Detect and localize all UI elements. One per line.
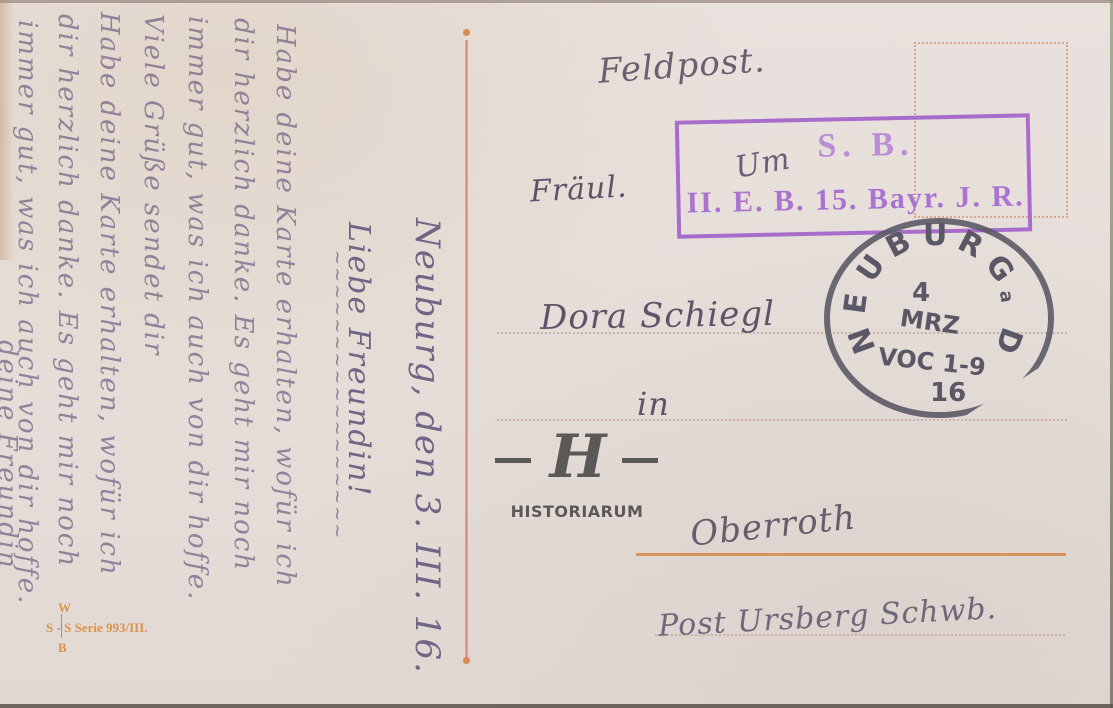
cachet-line-1: S. B.	[817, 126, 915, 166]
message-place-date: Neuburg, den 3. III. 16.	[407, 218, 447, 675]
imprint-bottom-letter: B	[58, 640, 67, 656]
postmark-town-letter: a	[995, 289, 1017, 304]
watermark-dash	[495, 458, 531, 463]
historiarum-watermark: H HISTORIARUM	[492, 428, 662, 524]
historiarum-logo-icon: H	[538, 422, 618, 492]
feldpost-header: Feldpost.	[597, 40, 767, 92]
center-divider	[465, 40, 468, 660]
address-city: Oberroth	[688, 497, 858, 554]
divider-dot	[463, 657, 470, 664]
message-line: dir herzlich danke. Es geht mir noch	[52, 14, 82, 568]
postcard: Neuburg, den 3. III. 16. Liebe Freundin!…	[0, 0, 1113, 708]
message-underline: ~~~~~~~~~~~~~~~~~	[327, 250, 348, 540]
imprint-series-line: S - S Serie 993/III.	[46, 620, 148, 636]
watermark-dash	[622, 458, 658, 463]
card-edge-top	[0, 0, 1113, 3]
message-line: deine Freundin	[0, 340, 22, 570]
message-line: Habe deine Karte erhalten, wofür ich	[94, 12, 124, 577]
postmark-town-letter: E	[837, 291, 874, 316]
postmark-year: 16	[930, 378, 966, 408]
address-salutation: Fräul.	[529, 169, 628, 209]
address-name: Dora Schiegl	[540, 294, 776, 338]
message-line: dir herzlich danke. Es geht mir noch	[228, 18, 258, 572]
message-line: Habe deine Karte erhalten, wofür ich	[270, 24, 300, 589]
watermark-text: HISTORIARUM	[492, 502, 662, 521]
imprint-top-letter: W	[58, 600, 71, 616]
message-line: Viele Grüße sendet dir	[138, 14, 168, 357]
card-edge-bottom	[0, 704, 1113, 708]
address-preposition: in	[637, 385, 670, 423]
imprint-right-letter: S	[64, 620, 71, 635]
postmark-town-letter: U	[923, 218, 947, 253]
address-line	[497, 419, 1067, 421]
message-line: immer gut, was ich auch von dir hoffe.	[182, 16, 212, 601]
postmark-day: 4	[912, 278, 930, 308]
divider-dot	[463, 29, 470, 36]
imprint-series: Serie 993/III.	[75, 620, 148, 635]
postmark: NEUBURGaD 4 MRZ VOC 1-9 16	[820, 210, 1048, 410]
imprint-left-letter: S	[46, 620, 53, 635]
